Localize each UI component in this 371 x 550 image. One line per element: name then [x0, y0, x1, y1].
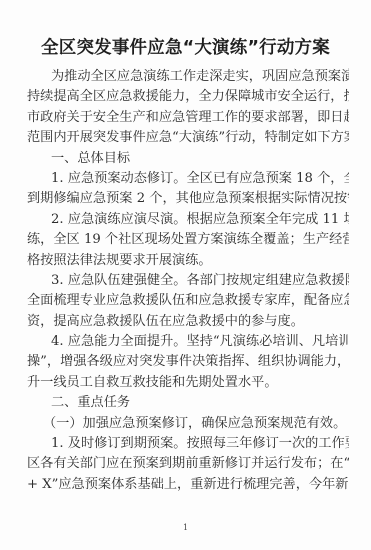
paragraph-line: 资，提高应急救援队伍在应急救援中的参与度。: [27, 312, 349, 332]
paragraph-line: 2. 应急演练应演尽演。根据应急预案全年完成 11 场应急演: [27, 210, 349, 230]
document-page: 全区突发事件应急“大演练”行动方案 为推动全区应急演练工作走深走实，巩固应急预案…: [0, 0, 371, 550]
paragraph-line: 1. 及时修订到期预案。按照每三年修订一次的工作要求，: [27, 434, 349, 454]
section-heading: 一、总体目标: [27, 149, 349, 169]
page-number: 1: [0, 523, 371, 532]
paragraph-line: 市政府关于安全生产和应急管理工作的要求部署，即日起在全区: [27, 108, 349, 128]
section-heading: 二、重点任务: [27, 393, 349, 413]
paragraph-line: + X”应急预案体系基础上，重新进行梳理完善，今年新增编制: [27, 475, 349, 495]
paragraph-line: 练，全区 19 个社区现场处置方案演练全覆盖；生产经营单位严: [27, 230, 349, 250]
document-title: 全区突发事件应急“大演练”行动方案: [0, 36, 371, 60]
paragraph-line: 到期修编应急预案 2 个，其他应急预案根据实际情况按需修编。: [27, 189, 349, 209]
paragraph-line: 4. 应急能力全面提升。坚持“凡演练必培训、凡培训必实: [27, 332, 349, 352]
paragraph-line: 全面梳理专业应急救援队伍和应急救援专家库，配备应急装备物: [27, 291, 349, 311]
paragraph-line: 区各有关部门应在预案到期前重新修订并运行发布；在“1 + 13: [27, 454, 349, 474]
document-body: 为推动全区应急演练工作走深走实，巩固应急预案演练成效， 持续提高全区应急救援能力…: [27, 67, 349, 495]
paragraph-line: 范围内开展突发事件应急“大演练”行动，特制定如下方案：: [27, 128, 349, 148]
subsection-heading: （一）加强应急预案修订，确保应急预案规范有效。: [27, 414, 349, 434]
paragraph-line: 持续提高全区应急救援能力，全力保障城市安全运行，按照市委: [27, 87, 349, 107]
paragraph-line: 操”，增强各级应对突发事件决策指挥、组织协调能力，重点提: [27, 352, 349, 372]
paragraph-line: 1. 应急预案动态修订。全区已有应急预案 18 个，全年完成: [27, 169, 349, 189]
paragraph-line: 为推动全区应急演练工作走深走实，巩固应急预案演练成效，: [27, 67, 349, 87]
paragraph-line: 3. 应急队伍建强健全。各部门按规定组建应急救援队伍，: [27, 271, 349, 291]
paragraph-line: 升一线员工自救互救技能和先期处置水平。: [27, 373, 349, 393]
paragraph-line: 格按照法律法规要求开展演练。: [27, 251, 349, 271]
